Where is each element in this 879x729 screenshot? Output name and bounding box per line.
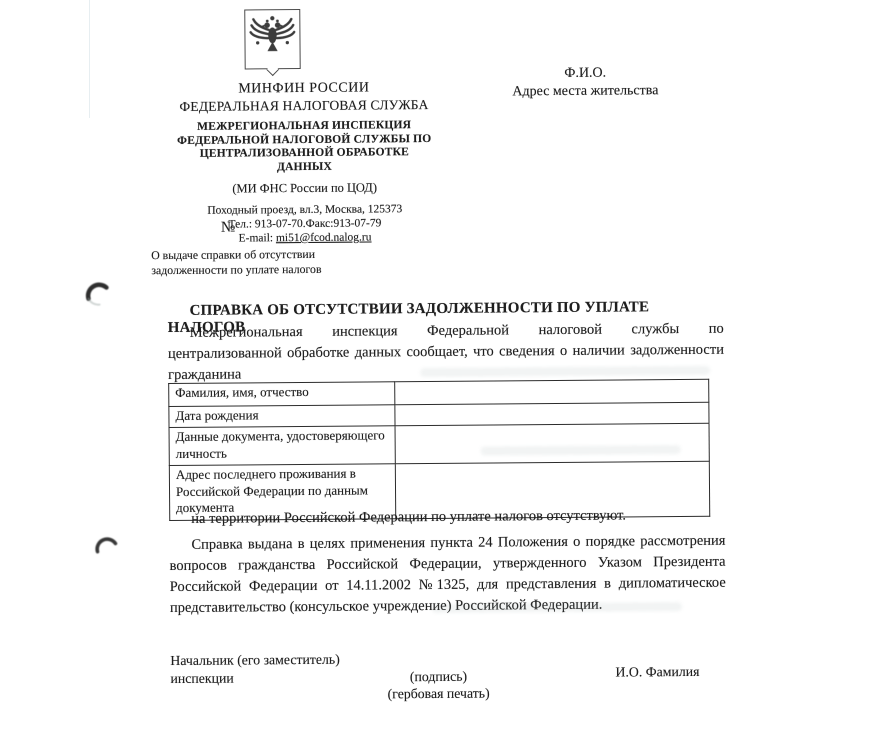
scanned-certificate-page: МИНФИН РОССИИ ФЕДЕРАЛЬНАЯ НАЛОГОВАЯ СЛУЖ… xyxy=(0,0,879,729)
signatory-position-line2: инспекции xyxy=(170,669,340,688)
document-subject: О выдаче справки об отсутствии задолженн… xyxy=(151,247,321,277)
punch-hole-mark-top xyxy=(83,278,113,310)
row-label-fio: Фамилия, имя, отчество xyxy=(169,382,395,407)
table-row: Данные документа, удостоверяющего личнос… xyxy=(169,423,709,465)
sender-block: МИНФИН РОССИИ ФЕДЕРАЛЬНАЯ НАЛОГОВАЯ СЛУЖ… xyxy=(146,80,463,246)
official-seal-label: (гербовая печать) xyxy=(355,684,523,702)
recipient-block: Ф.И.О. Адрес места жительства xyxy=(453,64,718,102)
inspection-short-name: (МИ ФНС России по ЦОД) xyxy=(147,180,463,197)
signatory-name-placeholder: И.О. Фамилия xyxy=(615,664,699,681)
purpose-line3: Российской Федерации от 14.11.2002 №1325… xyxy=(170,573,726,598)
agency-name: ФЕДЕРАЛЬНАЯ НАЛОГОВАЯ СЛУЖБА xyxy=(146,97,462,115)
recipient-address-placeholder: Адрес места жительства xyxy=(453,82,718,102)
conclusion-text: на территории Российской Федерации по уп… xyxy=(169,505,725,530)
subject-line2: задолженности по уплате налогов xyxy=(151,261,321,277)
intro-line2: централизованной обработке данных сообща… xyxy=(168,340,724,365)
signature-placeholder: (подпись) (гербовая печать) xyxy=(354,667,522,702)
sender-contacts: Походный проезд, вл.3, Москва, 125373 Те… xyxy=(147,202,463,246)
inspection-name-line4: ДАННЫХ xyxy=(146,159,462,175)
email-label: E-mail: xyxy=(239,232,276,244)
ministry-name: МИНФИН РОССИИ xyxy=(146,80,462,98)
subject-line1: О выдаче справки об отсутствии xyxy=(151,247,321,263)
sender-email-line: E-mail: mi51@fcod.nalog.ru xyxy=(147,230,463,246)
row-value-fio xyxy=(395,379,709,404)
signatory-position: Начальник (его заместитель) инспекции xyxy=(170,651,340,688)
email-address: mi51@fcod.nalog.ru xyxy=(276,231,372,244)
emblem-pointer-shape xyxy=(266,63,279,76)
document-content: МИНФИН РОССИИ ФЕДЕРАЛЬНАЯ НАЛОГОВАЯ СЛУЖ… xyxy=(0,0,879,729)
inspection-name: МЕЖРЕГИОНАЛЬНАЯ ИНСПЕКЦИЯ ФЕДЕРАЛЬНОЙ НА… xyxy=(146,119,462,175)
punch-hole-mark-bottom xyxy=(93,535,121,563)
inspection-name-line2: ФЕДЕРАЛЬНОЙ НАЛОГОВОЙ СЛУЖБЫ ПО xyxy=(146,132,462,148)
row-label-birthdate: Дата рождения xyxy=(169,405,395,428)
row-value-id-document xyxy=(395,423,709,463)
row-value-birthdate xyxy=(395,402,709,425)
conclusion-line: на территории Российской Федерации по уп… xyxy=(169,505,725,530)
coat-of-arms-frame xyxy=(244,9,300,69)
document-number-label: № xyxy=(221,220,235,237)
signature-label: (подпись) xyxy=(354,667,522,685)
signatory-position-line1: Начальник (его заместитель) xyxy=(170,651,340,670)
bleed-through-smudge xyxy=(481,445,681,456)
row-label-id-document: Данные документа, удостоверяющего личнос… xyxy=(169,426,395,466)
recipient-fio-placeholder: Ф.И.О. xyxy=(453,64,718,84)
double-headed-eagle-icon xyxy=(247,12,297,62)
